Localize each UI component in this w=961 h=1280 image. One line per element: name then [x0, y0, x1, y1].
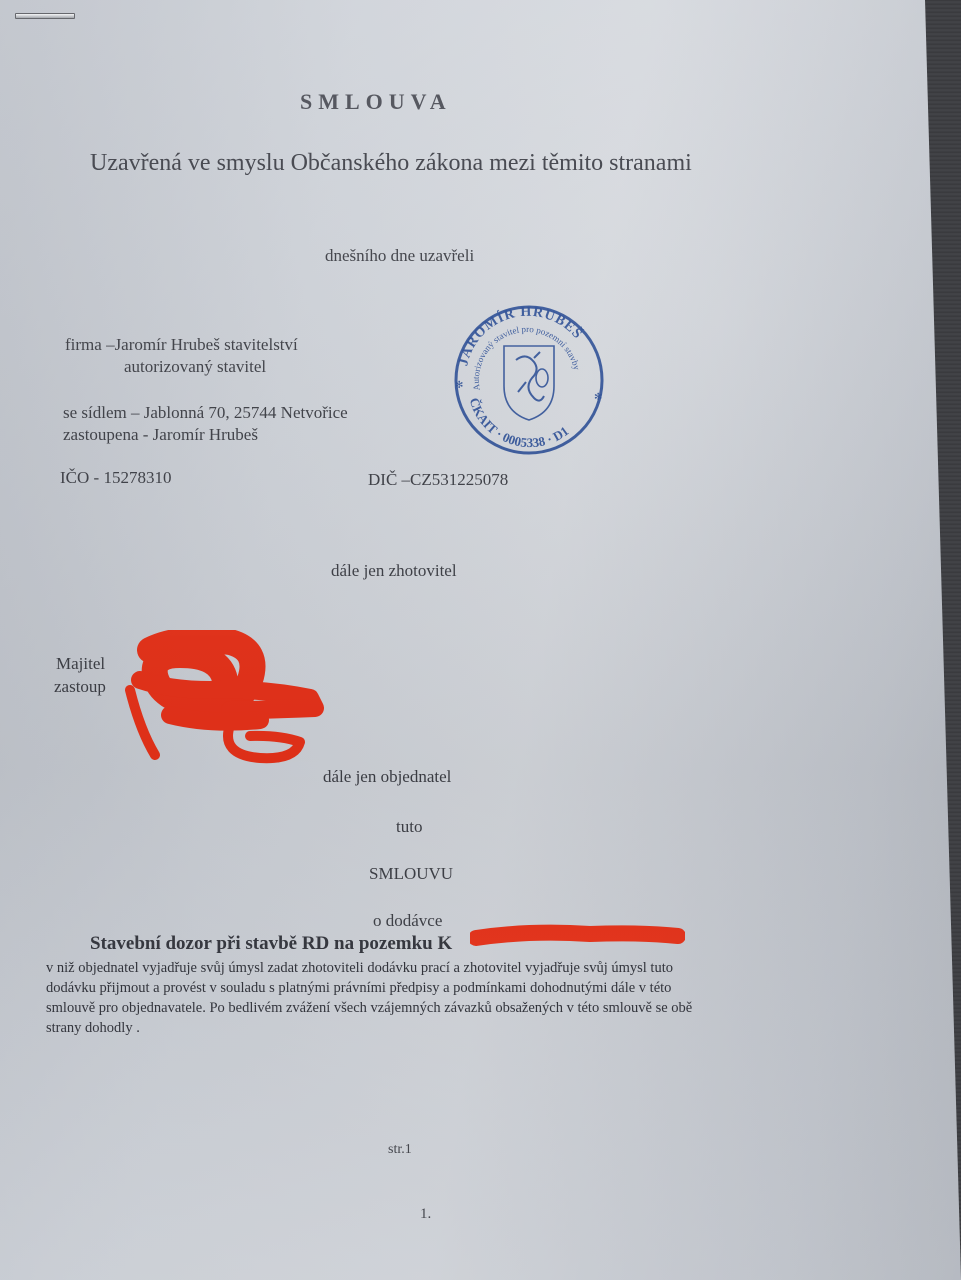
document-title: SMLOUVA — [300, 89, 452, 115]
body-line: v niž objednatel vyjadřuje svůj úmysl za… — [46, 958, 826, 978]
intro-text: dnešního dne uzavřeli — [325, 246, 474, 266]
body-line: strany dohodly . — [46, 1018, 826, 1038]
company-stamp: JAROMÍR HRUBEŠ Autorizovaný stavitel pro… — [446, 300, 608, 458]
coat-of-arms-icon — [504, 346, 554, 420]
body-line: dodávku přijmout a provést v souladu s p… — [46, 978, 826, 998]
client-owner-label: Majitel — [56, 654, 105, 674]
client-role: dále jen objednatel — [323, 767, 451, 787]
contractor-role: dále jen zhotovitel — [331, 561, 457, 581]
tuto-text: tuto — [396, 817, 422, 837]
redaction-scribble — [110, 630, 330, 775]
contractor-ico: IČO - 15278310 — [60, 468, 171, 488]
redaction-scribble-subject — [470, 920, 685, 952]
svg-text:Autorizovaný stavitel pro poze: Autorizovaný stavitel pro pozemní stavby — [471, 324, 582, 391]
contractor-seat: se sídlem – Jablonná 70, 25744 Netvořice — [63, 403, 348, 423]
contract-subject: Stavební dozor při stavbě RD na pozemku … — [90, 933, 452, 955]
o-dodavce-text: o dodávce — [373, 911, 442, 931]
svg-text:ČKAIT · 0005338 · D1: ČKAIT · 0005338 · D1 — [467, 396, 572, 450]
staple — [15, 13, 75, 19]
contractor-firm: firma –Jaromír Hrubeš stavitelství — [65, 335, 298, 355]
svg-text:JAROMÍR HRUBEŠ: JAROMÍR HRUBEŠ — [456, 305, 587, 368]
smlouvu-heading: SMLOUVU — [369, 864, 453, 884]
contractor-dic: DIČ –CZ531225078 — [368, 470, 508, 490]
contractor-qualification: autorizovaný stavitel — [124, 357, 266, 377]
document-page: SMLOUVA Uzavřená ve smyslu Občanského zá… — [0, 0, 961, 1280]
contractor-representative: zastoupena - Jaromír Hrubeš — [63, 425, 258, 445]
document-subtitle: Uzavřená ve smyslu Občanského zákona mez… — [90, 150, 692, 177]
body-line: smlouvě pro objednavatele. Po bedlivém z… — [46, 998, 826, 1018]
svg-text:✻: ✻ — [594, 392, 602, 403]
client-representative-label: zastoup — [54, 677, 106, 697]
contract-body-paragraph: v niž objednatel vyjadřuje svůj úmysl za… — [46, 958, 826, 1038]
svg-text:✻: ✻ — [455, 380, 463, 391]
page-label: str.1 — [388, 1142, 412, 1158]
page-number: 1. — [420, 1206, 431, 1223]
